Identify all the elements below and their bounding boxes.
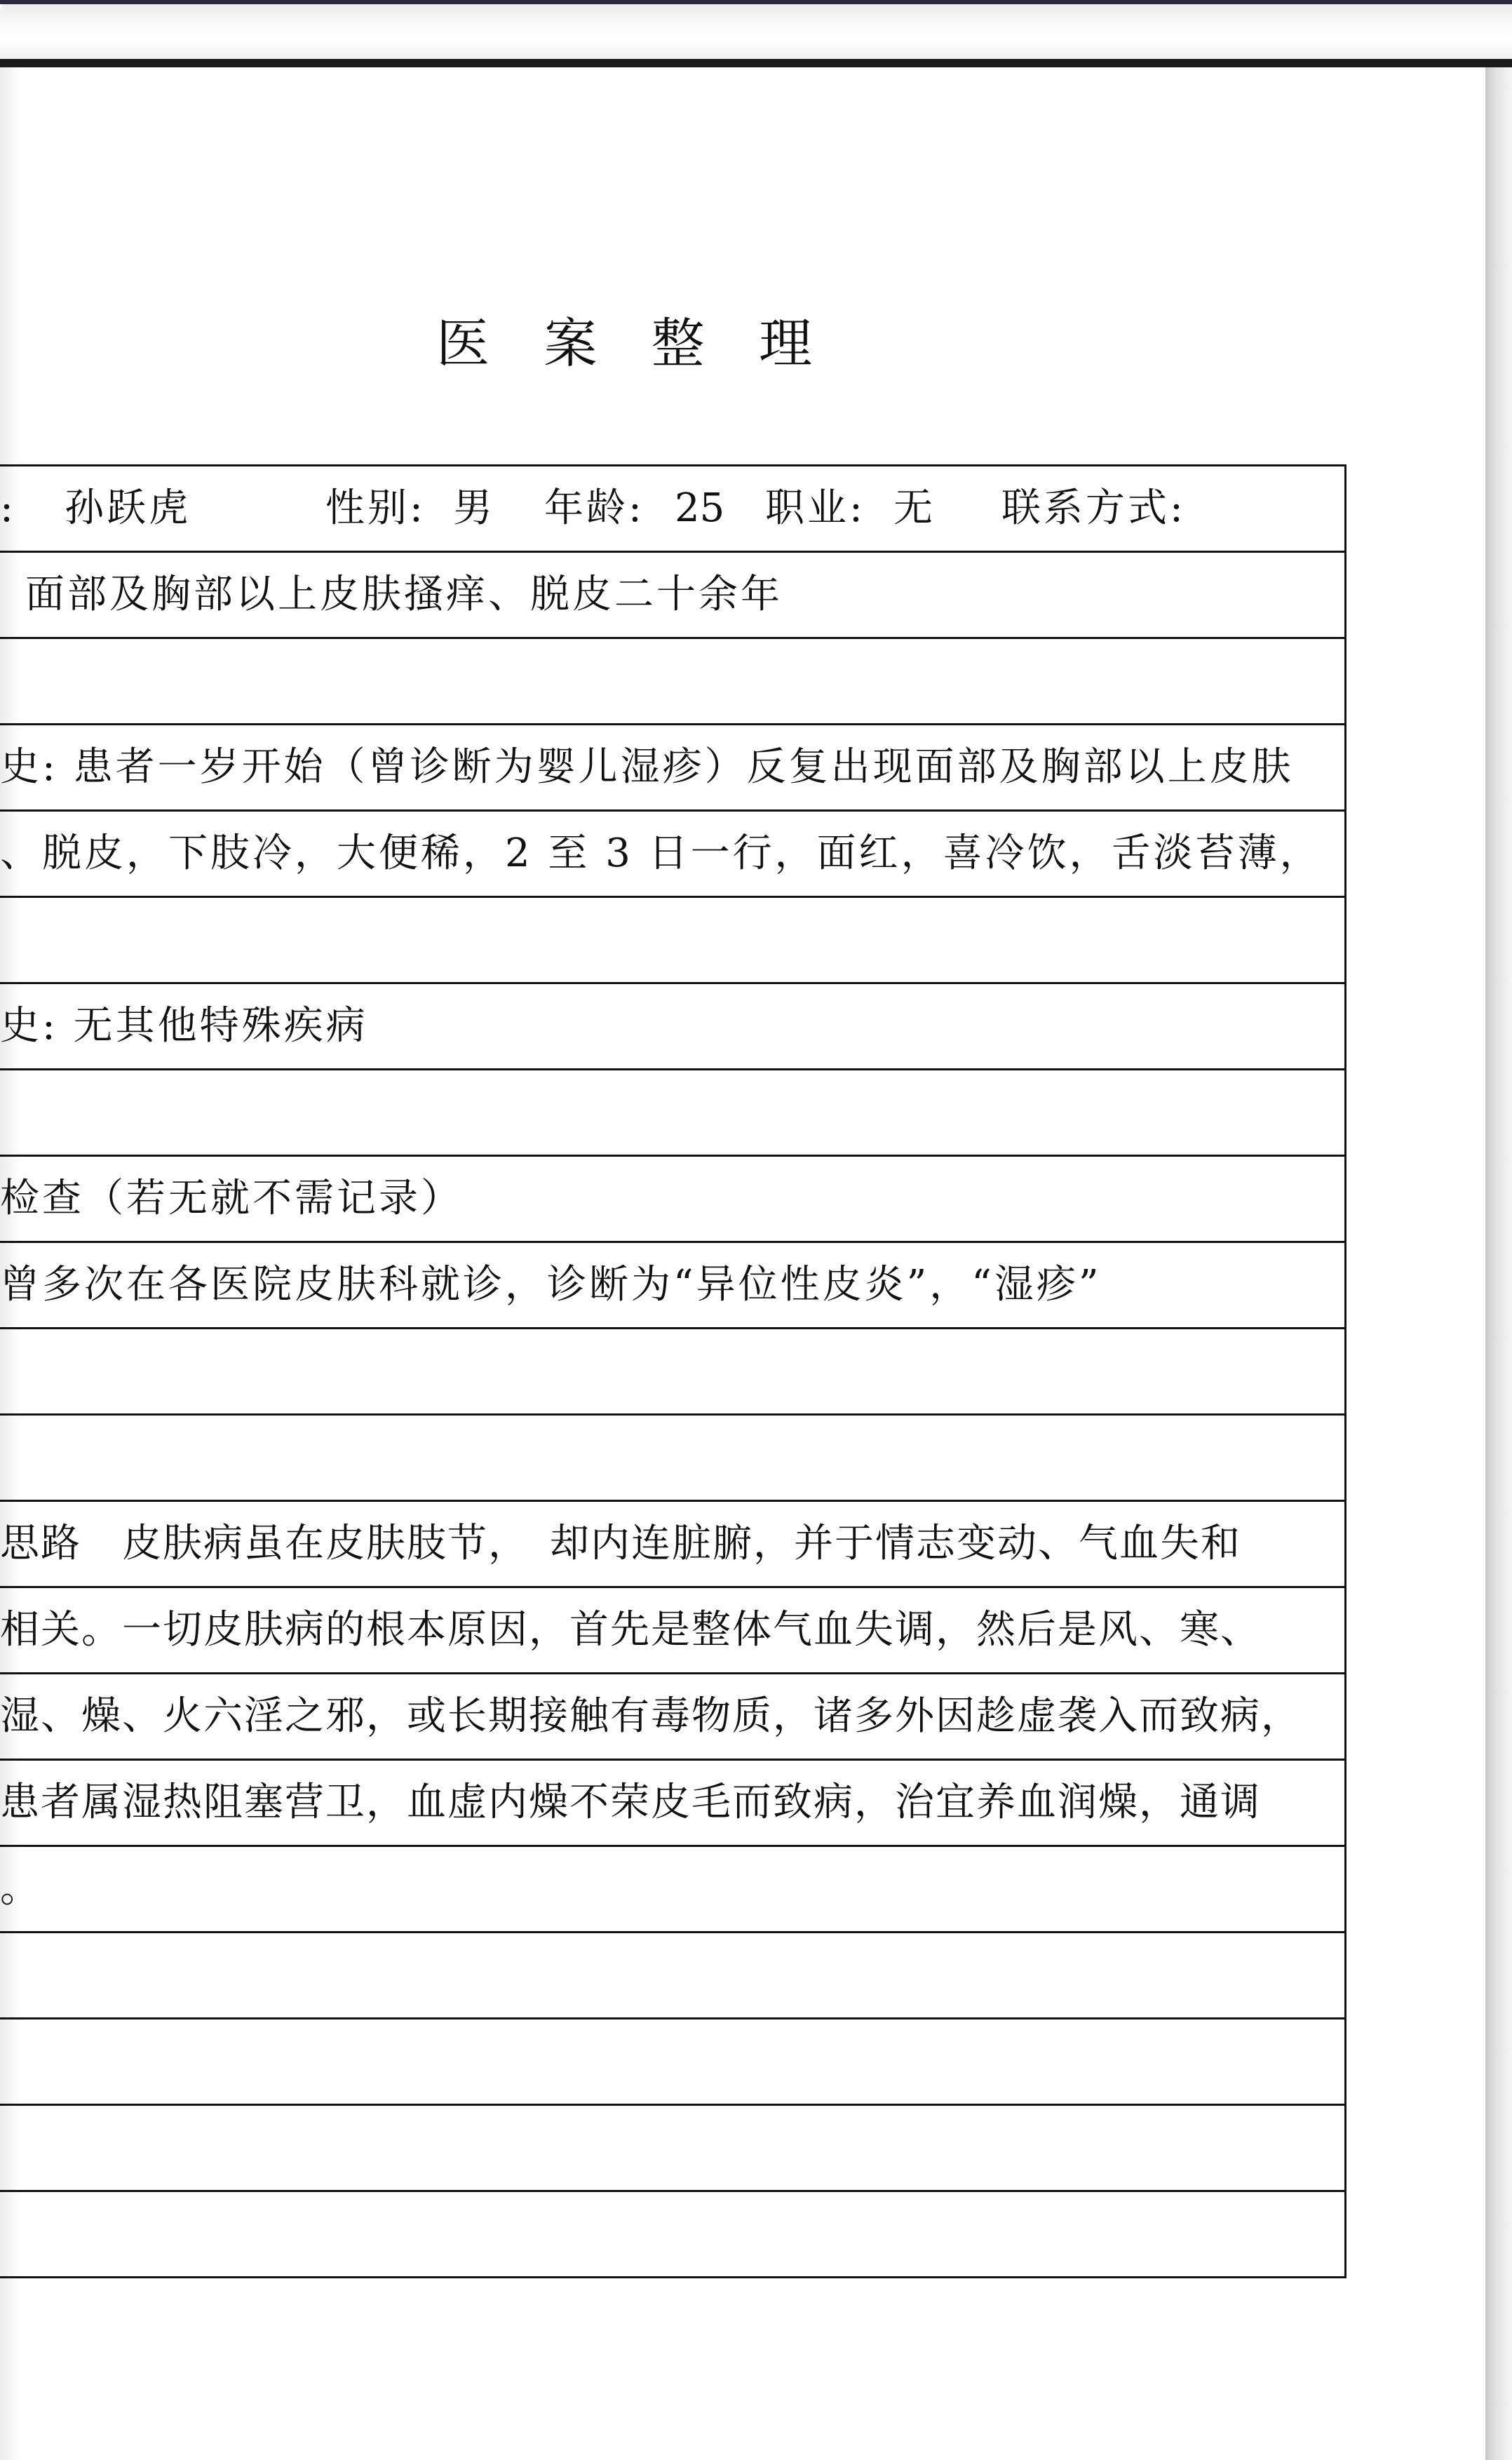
reasoning-text: 患者属湿热阻塞营卫，血虚内燥不荣皮毛而致病，治宜养血润燥，通调: [0, 1782, 1261, 1824]
age-value: 25: [675, 488, 724, 530]
reasoning-row: 湿、燥、火六淫之邪，或长期接触有毒物质，诸多外因趁虚袭入而致病，: [0, 1674, 1344, 1761]
reasoning-text: 湿、燥、火六淫之邪，或长期接触有毒物质，诸多外因趁虚袭入而致病，: [0, 1695, 1302, 1738]
past-history-text: 史: 无其他特殊疾病: [0, 1005, 368, 1047]
reasoning-row: 。: [0, 1847, 1344, 1933]
reasoning-row: 患者属湿热阻塞营卫，血虚内燥不荣皮毛而致病，治宜养血润燥，通调: [0, 1761, 1344, 1847]
page-title: 医 案 整 理: [435, 309, 814, 379]
blank-row: [0, 1933, 1344, 2019]
examination-text: 检查（若无就不需记录）: [0, 1178, 463, 1220]
reasoning-row: 相关。一切皮肤病的根本原因，首先是整体气血失调，然后是风、寒、: [0, 1588, 1344, 1674]
title-char: 整: [650, 309, 706, 379]
reasoning-text: 相关。一切皮肤病的根本原因，首先是整体气血失调，然后是风、寒、: [0, 1609, 1261, 1651]
blank-row: [0, 639, 1344, 725]
reasoning-text: 思路 皮肤病虽在皮肤肢节， 却内连脏腑，并于情志变动、气血失和: [0, 1523, 1241, 1565]
blank-row: [0, 1416, 1344, 1502]
chief-complaint-text: 面部及胸部以上皮肤搔痒、脱皮二十余年: [0, 574, 783, 616]
examination-row: 检查（若无就不需记录）: [0, 1157, 1344, 1243]
gender-label: 性别:: [325, 488, 426, 530]
diagnosis-history-row: 曾多次在各医院皮肤科就诊，诊断为“异位性皮炎”，“湿疹”: [0, 1243, 1344, 1329]
blank-row: [0, 2106, 1344, 2192]
present-history-row: 史: 患者一岁开始（曾诊断为婴儿湿疹）反复出现面部及胸部以上皮肤: [0, 725, 1344, 812]
present-history-text: 史: 患者一岁开始（曾诊断为婴儿湿疹）反复出现面部及胸部以上皮肤: [0, 746, 1294, 788]
blank-row: [0, 2019, 1344, 2106]
occupation-value: 无: [893, 488, 933, 530]
patient-name: 孙跃虎: [65, 488, 191, 530]
title-char: 案: [542, 309, 598, 379]
name-label-colon: :: [0, 488, 13, 530]
reasoning-row: 思路 皮肤病虽在皮肤肢节， 却内连脏腑，并于情志变动、气血失和: [0, 1502, 1344, 1588]
contact-label: 联系方式:: [1001, 488, 1186, 530]
reasoning-text: 。: [0, 1868, 42, 1910]
scan-right-shadow: [1485, 67, 1512, 2460]
patient-info-row: : 孙跃虎 性别: 男 年龄: 25 职业: 无 联系方式:: [0, 466, 1344, 553]
scan-top-edge: [0, 0, 1512, 67]
occupation-label: 职业:: [765, 488, 865, 530]
medical-record-table: : 孙跃虎 性别: 男 年龄: 25 职业: 无 联系方式: 面部及胸部以上皮肤…: [0, 464, 1346, 2278]
blank-row: [0, 1329, 1344, 1416]
title-char: 理: [757, 309, 814, 379]
blank-row: [0, 1070, 1344, 1157]
diagnosis-history-text: 曾多次在各医院皮肤科就诊，诊断为“异位性皮炎”，“湿疹”: [0, 1264, 1102, 1306]
age-label: 年龄:: [544, 488, 644, 530]
title-char: 医: [435, 309, 491, 379]
chief-complaint-row: 面部及胸部以上皮肤搔痒、脱皮二十余年: [0, 553, 1344, 639]
gender-value: 男: [453, 488, 492, 530]
blank-row: [0, 2192, 1344, 2278]
present-history-row: 、脱皮，下肢冷，大便稀，2 至 3 日一行，面红，喜冷饮，舌淡苔薄，: [0, 812, 1344, 898]
blank-row: [0, 898, 1344, 984]
past-history-row: 史: 无其他特殊疾病: [0, 984, 1344, 1070]
present-history-text: 、脱皮，下肢冷，大便稀，2 至 3 日一行，面红，喜冷饮，舌淡苔薄，: [0, 833, 1322, 875]
